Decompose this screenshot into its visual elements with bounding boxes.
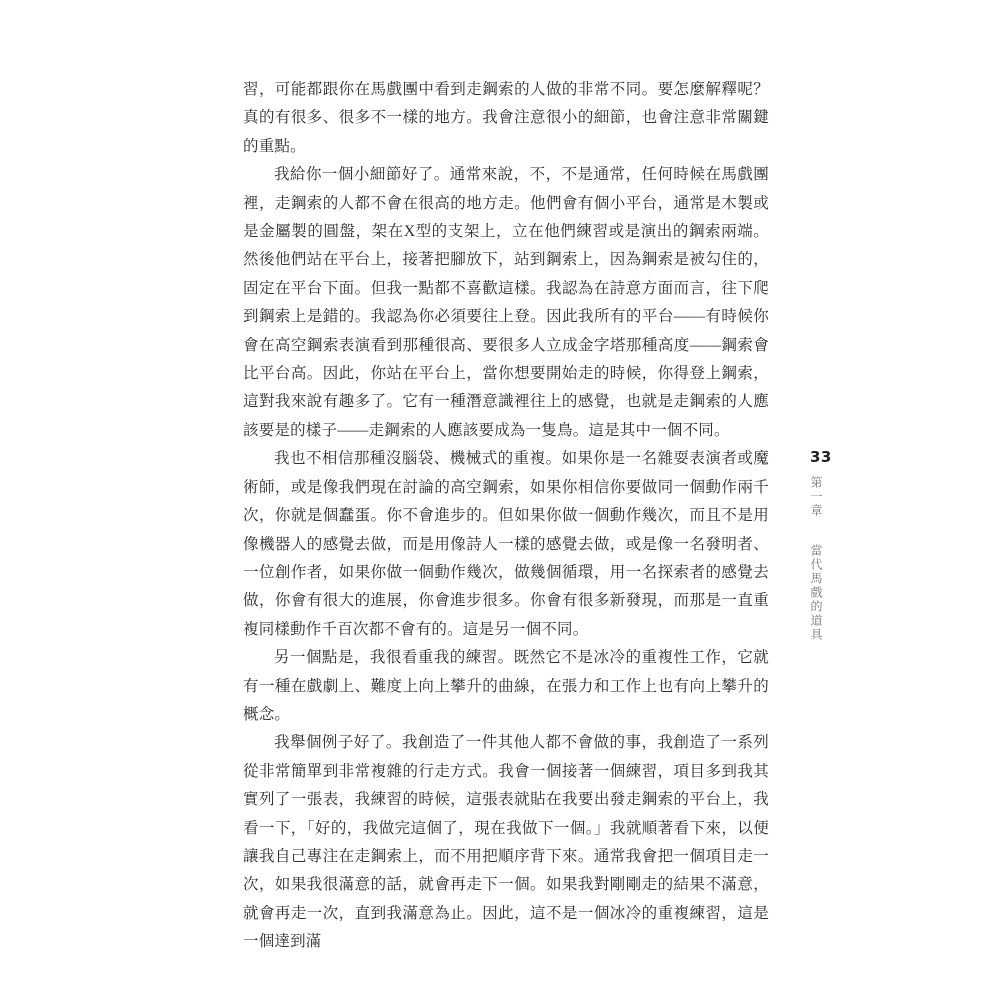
book-page: 習，可能都跟你在馬戲團中看到走鋼索的人做的非常不同。要怎麼解釋呢？真的有很多、很… <box>0 0 1004 1004</box>
body-paragraph: 另一個點是，我很看重我的練習。既然它不是冰冷的重複性工作，它就有一種在戲劇上、難… <box>243 644 769 729</box>
body-paragraph: 我也不相信那種沒腦袋、機械式的重複。如果你是一名雜耍表演者或魔術師，或是像我們現… <box>243 445 769 644</box>
chapter-number: 第一章 <box>809 476 823 518</box>
body-paragraph: 我給你一個小細節好了。通常來說，不，不是通常，任何時候在馬戲團裡，走鋼索的人都不… <box>243 161 769 445</box>
chapter-strip: 第一章 當代馬戲的道具 <box>808 476 825 666</box>
margin-sidebar: 33 第一章 當代馬戲的道具 <box>806 448 846 666</box>
page-number: 33 <box>810 448 846 466</box>
body-paragraph: 習，可能都跟你在馬戲團中看到走鋼索的人做的非常不同。要怎麼解釋呢？真的有很多、很… <box>243 76 769 161</box>
chapter-title: 當代馬戲的道具 <box>809 544 823 642</box>
body-text-block: 習，可能都跟你在馬戲團中看到走鋼索的人做的非常不同。要怎麼解釋呢？真的有很多、很… <box>243 76 769 957</box>
body-paragraph: 我舉個例子好了。我創造了一件其他人都不會做的事，我創造了一系列從非常簡單到非常複… <box>243 729 769 956</box>
